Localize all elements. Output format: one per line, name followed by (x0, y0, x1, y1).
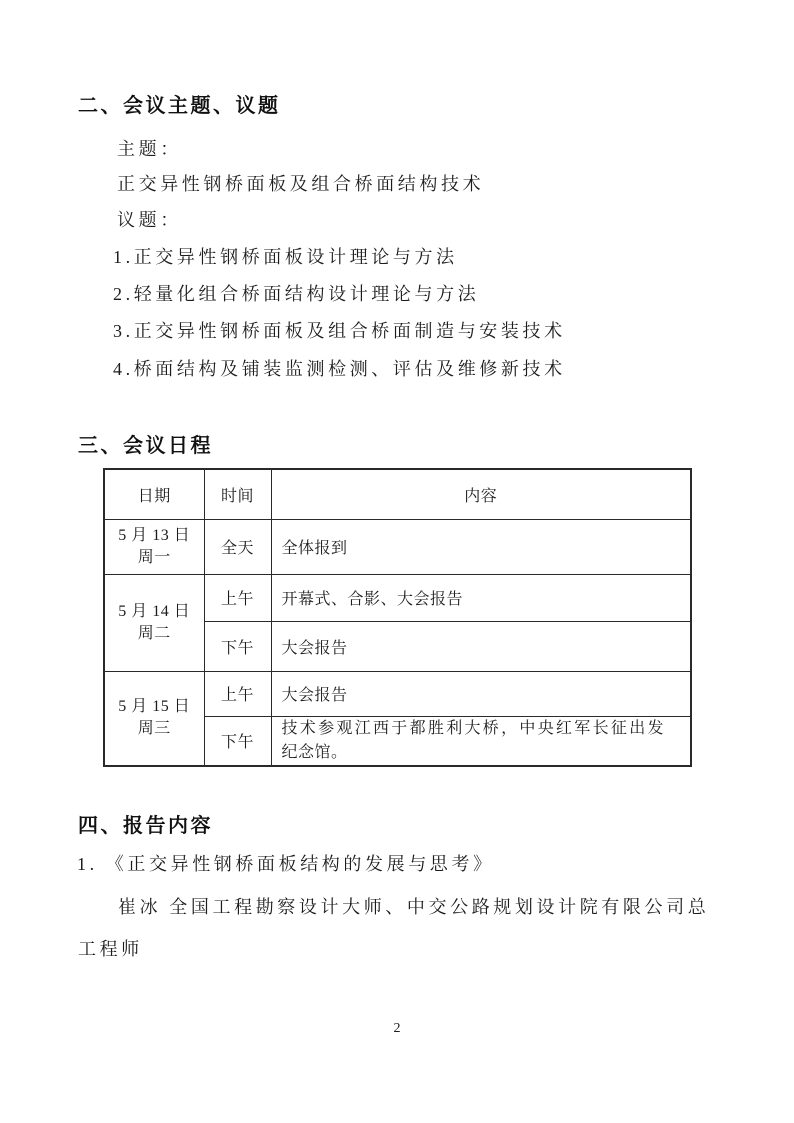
weekday-text: 周三 (138, 720, 171, 737)
table-row: 5 月 13 日 周一 全天 全体报到 (104, 519, 691, 574)
report-item-1-speaker-line-2: 工程师 (78, 939, 143, 960)
agenda-item-2: 2.轻量化组合桥面结构设计理论与方法 (113, 284, 479, 305)
weekday-text: 周二 (138, 625, 171, 642)
agenda-label-line: 议题： (117, 210, 182, 231)
time-cell: 全天 (204, 519, 271, 574)
content-cell: 大会报告 (271, 671, 691, 716)
weekday-text: 周一 (138, 549, 171, 566)
header-content: 内容 (271, 469, 691, 519)
agenda-item-1: 1.正交异性钢桥面板设计理论与方法 (113, 247, 458, 268)
section-topics-heading: 二、会议主题、议题 (78, 95, 281, 117)
date-text: 5 月 14 日 (118, 603, 190, 620)
section-schedule-heading: 三、会议日程 (78, 435, 213, 457)
page-number: 2 (0, 1021, 794, 1037)
section-reports-heading: 四、报告内容 (78, 815, 213, 837)
header-date: 日期 (104, 469, 204, 519)
table-row: 5 月 15 日 周三 上午 大会报告 (104, 671, 691, 716)
topic-label-line: 主题： (117, 139, 182, 160)
date-cell-may13: 5 月 13 日 周一 (104, 519, 204, 574)
date-cell-may14: 5 月 14 日 周二 (104, 574, 204, 671)
header-time: 时间 (204, 469, 271, 519)
time-cell: 上午 (204, 671, 271, 716)
agenda-item-4: 4.桥面结构及铺装监测检测、评估及维修新技术 (113, 359, 566, 380)
content-cell: 全体报到 (271, 519, 691, 574)
time-cell: 下午 (204, 621, 271, 671)
schedule-table: 日期 时间 内容 5 月 13 日 周一 全天 全体报到 5 月 14 日 周二… (103, 468, 692, 767)
date-cell-may15: 5 月 15 日 周三 (104, 671, 204, 766)
time-cell: 下午 (204, 716, 271, 766)
content-cell: 技术参观江西于都胜利大桥，中央红军长征出发 纪念馆。 (271, 716, 691, 766)
schedule-header-row: 日期 时间 内容 (104, 469, 691, 519)
content-cell: 大会报告 (271, 621, 691, 671)
content-cell: 开幕式、合影、大会报告 (271, 574, 691, 621)
agenda-item-3: 3.正交异性钢桥面板及组合桥面制造与安装技术 (113, 321, 566, 342)
content-line-1: 技术参观江西于都胜利大桥，中央红军长征出发 (282, 717, 683, 741)
time-cell: 上午 (204, 574, 271, 621)
date-text: 5 月 13 日 (118, 527, 190, 544)
report-item-1-speaker-line-1: 崔冰 全国工程勘察设计大师、中交公路规划设计院有限公司总 (118, 897, 709, 918)
table-row: 5 月 14 日 周二 上午 开幕式、合影、大会报告 (104, 574, 691, 621)
topic-title-line: 正交异性钢桥面板及组合桥面结构技术 (117, 174, 484, 195)
content-line-2: 纪念馆。 (282, 741, 683, 765)
report-item-1-title: 1. 《正交异性钢桥面板结构的发展与思考》 (77, 854, 495, 875)
document-page: 二、会议主题、议题 主题： 正交异性钢桥面板及组合桥面结构技术 议题： 1.正交… (0, 0, 794, 1123)
date-text: 5 月 15 日 (118, 698, 190, 715)
